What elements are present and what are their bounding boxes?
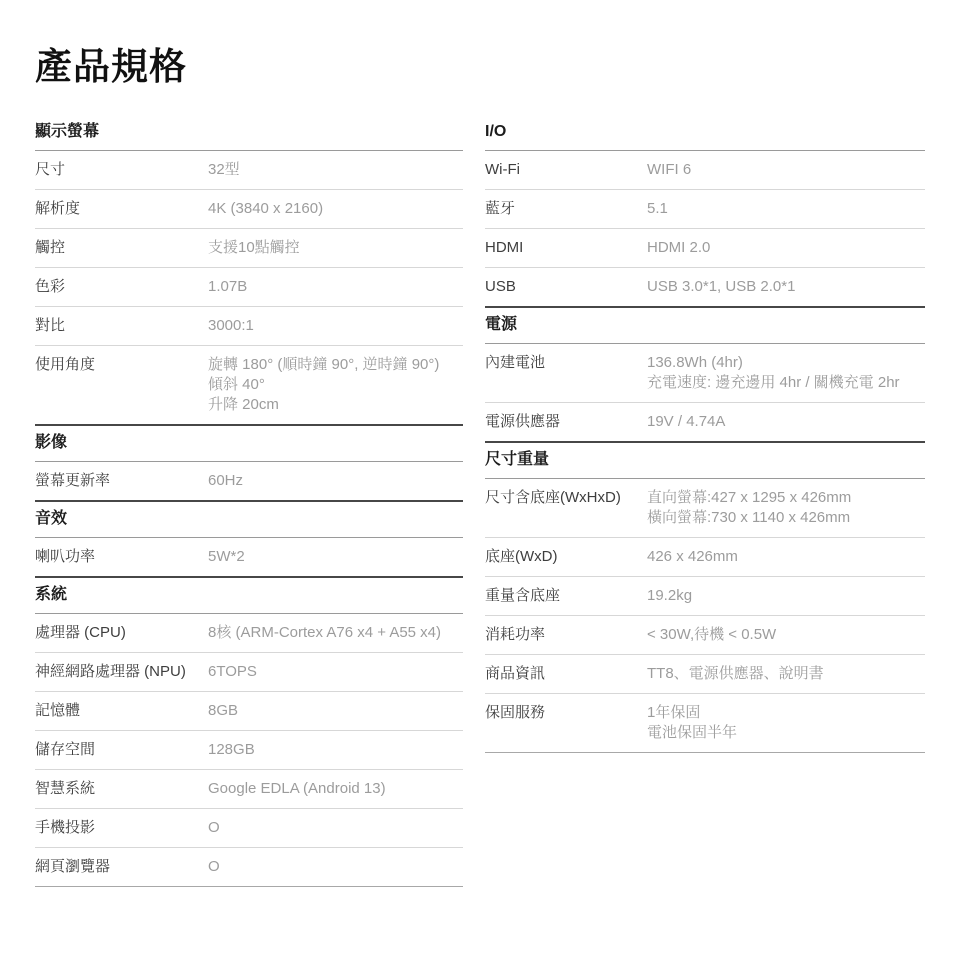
spec-value: 1年保固電池保固半年	[647, 703, 925, 743]
section-header: 電源	[485, 308, 925, 344]
spec-value-line: 32型	[208, 160, 463, 180]
spec-row: 觸控支援10點觸控	[35, 229, 463, 268]
spec-value: 60Hz	[208, 471, 463, 491]
spec-value: 4K (3840 x 2160)	[208, 199, 463, 219]
section-header: 顯示螢幕	[35, 115, 463, 151]
spec-label: 保固服務	[485, 703, 647, 743]
spec-label: 使用角度	[35, 355, 208, 415]
spec-value-line: TT8、電源供應器、說明書	[647, 664, 925, 684]
spec-value: 8核 (ARM-Cortex A76 x4 + A55 x4)	[208, 623, 463, 643]
spec-value-line: 5W*2	[208, 547, 463, 567]
spec-section-left-3: 系統處理器 (CPU)8核 (ARM-Cortex A76 x4 + A55 x…	[35, 576, 463, 886]
spec-value-line: 19V / 4.74A	[647, 412, 925, 432]
spec-row: 手機投影O	[35, 809, 463, 848]
spec-row: 對比3000:1	[35, 307, 463, 346]
spec-column-right: I/OWi-FiWIFI 6藍牙5.1HDMIHDMI 2.0USBUSB 3.…	[485, 115, 925, 753]
spec-value: 5.1	[647, 199, 925, 219]
spec-value: 3000:1	[208, 316, 463, 336]
spec-value: 旋轉 180° (順時鐘 90°, 逆時鐘 90°)傾斜 40°升降 20cm	[208, 355, 463, 415]
spec-value: HDMI 2.0	[647, 238, 925, 258]
spec-label: 尺寸	[35, 160, 208, 180]
section-header: 尺寸重量	[485, 443, 925, 479]
spec-label: HDMI	[485, 238, 647, 258]
spec-value: 136.8Wh (4hr)充電速度: 邊充邊用 4hr / 關機充電 2hr	[647, 353, 925, 393]
spec-section-left-1: 影像螢幕更新率60Hz	[35, 424, 463, 500]
spec-value: 1.07B	[208, 277, 463, 297]
spec-value-line: 升降 20cm	[208, 395, 463, 415]
spec-label: Wi-Fi	[485, 160, 647, 180]
spec-value: 6TOPS	[208, 662, 463, 682]
spec-value-line: Google EDLA (Android 13)	[208, 779, 463, 799]
spec-value-line: 426 x 426mm	[647, 547, 925, 567]
spec-row: 商品資訊TT8、電源供應器、說明書	[485, 655, 925, 694]
spec-label: 色彩	[35, 277, 208, 297]
section-header: 音效	[35, 502, 463, 538]
spec-label: 神經網路處理器 (NPU)	[35, 662, 208, 682]
spec-value: 19V / 4.74A	[647, 412, 925, 432]
spec-value: O	[208, 818, 463, 838]
spec-value-line: 支援10點觸控	[208, 238, 463, 258]
section-header: 影像	[35, 426, 463, 462]
spec-column-left: 顯示螢幕尺寸32型解析度4K (3840 x 2160)觸控支援10點觸控色彩1…	[35, 115, 463, 887]
spec-value-line: 傾斜 40°	[208, 375, 463, 395]
spec-value-line: 直向螢幕:427 x 1295 x 426mm	[647, 488, 925, 508]
spec-label: 對比	[35, 316, 208, 336]
spec-row: 神經網路處理器 (NPU)6TOPS	[35, 653, 463, 692]
spec-row: 保固服務1年保固電池保固半年	[485, 694, 925, 752]
spec-label: 網頁瀏覽器	[35, 857, 208, 877]
spec-label: 重量含底座	[485, 586, 647, 606]
spec-value-line: 5.1	[647, 199, 925, 219]
spec-section-right-1: 電源內建電池136.8Wh (4hr)充電速度: 邊充邊用 4hr / 關機充電…	[485, 306, 925, 441]
spec-value: < 30W,待機 < 0.5W	[647, 625, 925, 645]
spec-value: 支援10點觸控	[208, 238, 463, 258]
spec-value-line: 19.2kg	[647, 586, 925, 606]
spec-columns: 顯示螢幕尺寸32型解析度4K (3840 x 2160)觸控支援10點觸控色彩1…	[35, 115, 960, 887]
spec-section-left-2: 音效喇叭功率5W*2	[35, 500, 463, 576]
spec-label: 消耗功率	[485, 625, 647, 645]
spec-value-line: O	[208, 857, 463, 877]
spec-row: 使用角度旋轉 180° (順時鐘 90°, 逆時鐘 90°)傾斜 40°升降 2…	[35, 346, 463, 424]
spec-row: 網頁瀏覽器O	[35, 848, 463, 886]
page-title: 產品規格	[35, 46, 960, 88]
spec-row: 內建電池136.8Wh (4hr)充電速度: 邊充邊用 4hr / 關機充電 2…	[485, 344, 925, 403]
spec-value: 19.2kg	[647, 586, 925, 606]
spec-label: 喇叭功率	[35, 547, 208, 567]
spec-row: 儲存空間128GB	[35, 731, 463, 770]
spec-label: 底座(WxD)	[485, 547, 647, 567]
spec-value: 32型	[208, 160, 463, 180]
spec-row: 喇叭功率5W*2	[35, 538, 463, 576]
spec-row: 處理器 (CPU)8核 (ARM-Cortex A76 x4 + A55 x4)	[35, 614, 463, 653]
spec-value-line: 電池保固半年	[647, 723, 925, 743]
spec-value-line: 60Hz	[208, 471, 463, 491]
spec-value-line: 6TOPS	[208, 662, 463, 682]
spec-value-line: 128GB	[208, 740, 463, 760]
spec-value: 128GB	[208, 740, 463, 760]
spec-value-line: WIFI 6	[647, 160, 925, 180]
product-spec-page: 產品規格 顯示螢幕尺寸32型解析度4K (3840 x 2160)觸控支援10點…	[0, 0, 960, 960]
spec-label: 螢幕更新率	[35, 471, 208, 491]
spec-row: 色彩1.07B	[35, 268, 463, 307]
spec-value-line: 8GB	[208, 701, 463, 721]
spec-value: 5W*2	[208, 547, 463, 567]
spec-label: 內建電池	[485, 353, 647, 393]
spec-value: TT8、電源供應器、說明書	[647, 664, 925, 684]
spec-label: 藍牙	[485, 199, 647, 219]
spec-value-line: 4K (3840 x 2160)	[208, 199, 463, 219]
section-header: I/O	[485, 115, 925, 151]
spec-row: USBUSB 3.0*1, USB 2.0*1	[485, 268, 925, 306]
spec-value: 直向螢幕:427 x 1295 x 426mm橫向螢幕:730 x 1140 x…	[647, 488, 925, 528]
spec-value-line: 充電速度: 邊充邊用 4hr / 關機充電 2hr	[647, 373, 925, 393]
spec-value: Google EDLA (Android 13)	[208, 779, 463, 799]
spec-label: 商品資訊	[485, 664, 647, 684]
spec-value-line: 1.07B	[208, 277, 463, 297]
spec-row: 重量含底座19.2kg	[485, 577, 925, 616]
spec-label: 記憶體	[35, 701, 208, 721]
spec-section-left-0: 顯示螢幕尺寸32型解析度4K (3840 x 2160)觸控支援10點觸控色彩1…	[35, 115, 463, 424]
spec-value-line: 3000:1	[208, 316, 463, 336]
spec-label: 處理器 (CPU)	[35, 623, 208, 643]
spec-value-line: 136.8Wh (4hr)	[647, 353, 925, 373]
spec-label: 智慧系統	[35, 779, 208, 799]
spec-row: 電源供應器19V / 4.74A	[485, 403, 925, 441]
spec-value: 8GB	[208, 701, 463, 721]
spec-label: 儲存空間	[35, 740, 208, 760]
spec-value: O	[208, 857, 463, 877]
spec-row: Wi-FiWIFI 6	[485, 151, 925, 190]
spec-row: 智慧系統Google EDLA (Android 13)	[35, 770, 463, 809]
spec-row: 尺寸含底座(WxHxD)直向螢幕:427 x 1295 x 426mm橫向螢幕:…	[485, 479, 925, 538]
spec-value-line: < 30W,待機 < 0.5W	[647, 625, 925, 645]
spec-value-line: 橫向螢幕:730 x 1140 x 426mm	[647, 508, 925, 528]
spec-value-line: O	[208, 818, 463, 838]
section-header: 系統	[35, 578, 463, 614]
spec-label: 手機投影	[35, 818, 208, 838]
spec-row: 底座(WxD)426 x 426mm	[485, 538, 925, 577]
spec-row: 解析度4K (3840 x 2160)	[35, 190, 463, 229]
spec-row: 消耗功率< 30W,待機 < 0.5W	[485, 616, 925, 655]
spec-row: 藍牙5.1	[485, 190, 925, 229]
spec-value: 426 x 426mm	[647, 547, 925, 567]
spec-row: 記憶體8GB	[35, 692, 463, 731]
spec-value-line: USB 3.0*1, USB 2.0*1	[647, 277, 925, 297]
spec-label: USB	[485, 277, 647, 297]
spec-value-line: 旋轉 180° (順時鐘 90°, 逆時鐘 90°)	[208, 355, 463, 375]
spec-row: 螢幕更新率60Hz	[35, 462, 463, 500]
spec-label: 觸控	[35, 238, 208, 258]
spec-label: 電源供應器	[485, 412, 647, 432]
spec-value: WIFI 6	[647, 160, 925, 180]
spec-row: 尺寸32型	[35, 151, 463, 190]
spec-label: 解析度	[35, 199, 208, 219]
spec-section-right-2: 尺寸重量尺寸含底座(WxHxD)直向螢幕:427 x 1295 x 426mm橫…	[485, 441, 925, 752]
spec-value: USB 3.0*1, USB 2.0*1	[647, 277, 925, 297]
spec-row: HDMIHDMI 2.0	[485, 229, 925, 268]
spec-label: 尺寸含底座(WxHxD)	[485, 488, 647, 528]
spec-section-right-0: I/OWi-FiWIFI 6藍牙5.1HDMIHDMI 2.0USBUSB 3.…	[485, 115, 925, 306]
spec-value-line: 1年保固	[647, 703, 925, 723]
spec-value-line: HDMI 2.0	[647, 238, 925, 258]
spec-value-line: 8核 (ARM-Cortex A76 x4 + A55 x4)	[208, 623, 463, 643]
